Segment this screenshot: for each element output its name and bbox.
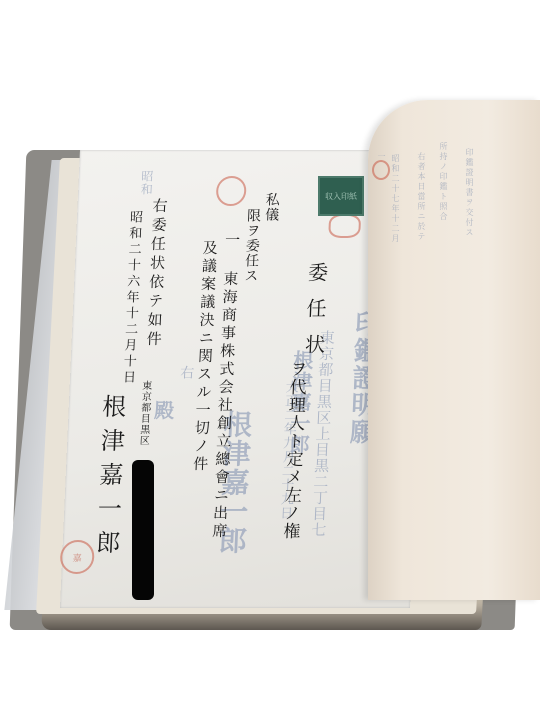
facing-column-4: 所持ノ印鑑ト照合 xyxy=(438,142,449,222)
facing-column-3: 右者本日當所ニ於テ xyxy=(416,152,427,242)
document-date: 昭和二十六年十二月十日 xyxy=(118,210,145,386)
revenue-stamp: 収入印紙 xyxy=(318,176,364,216)
facing-page-seal xyxy=(372,160,390,180)
stamp-cancel-seal xyxy=(328,214,361,238)
signer-address: 東京都目黒区 xyxy=(135,380,153,446)
body-line-1: 私儀 xyxy=(261,192,282,222)
body-line-2: 限ヲ委任ス xyxy=(240,208,263,283)
revenue-stamp-label: 収入印紙 xyxy=(325,191,357,202)
registration-seal-top xyxy=(216,176,247,206)
redaction-bar xyxy=(132,460,154,600)
body-line-5: 右委任状依テ如件 xyxy=(143,198,171,350)
document-title: 委任状 xyxy=(298,262,332,370)
underlying-honorific: 殿 xyxy=(148,400,178,421)
personal-seal: 嘉 xyxy=(59,540,94,574)
facing-page: 一 昭和二十七年十二月 右者本日當所ニ於テ 所持ノ印鑑ト照合 印鑑證明書ヲ交付ス xyxy=(368,100,540,600)
underlying-era: 昭和 xyxy=(138,170,156,196)
facing-column-5: 印鑑證明書ヲ交付ス xyxy=(464,148,475,238)
signature: 根津嘉一郎 xyxy=(88,394,130,564)
facing-column-2: 昭和二十七年十二月 xyxy=(390,154,401,244)
